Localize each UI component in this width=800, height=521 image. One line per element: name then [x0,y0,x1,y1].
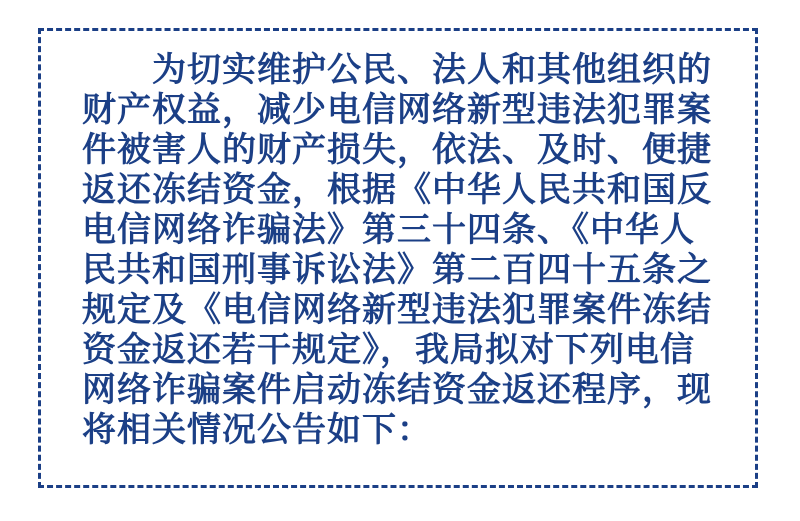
notice-line: 为切实维护公民、法人和其他组织的 [82,50,732,90]
notice-line: 财产权益，减少电信网络新型违法犯罪案 [82,90,732,130]
notice-line: 网络诈骗案件启动冻结资金返还程序，现 [82,370,732,410]
notice-line: 电信网络诈骗法》第三十四条、《中华人 [82,210,732,250]
notice-line: 件被害人的财产损失，依法、及时、便捷 [82,130,732,170]
notice-line: 规定及《电信网络新型违法犯罪案件冻结 [82,290,732,330]
notice-line: 民共和国刑事诉讼法》第二百四十五条之 [82,250,732,290]
notice-line: 资金返还若干规定》，我局拟对下列电信 [82,330,732,370]
notice-line: 返还冻结资金，根据《中华人民共和国反 [82,170,732,210]
notice-paragraph: 为切实维护公民、法人和其他组织的 财产权益，减少电信网络新型违法犯罪案 件被害人… [82,50,732,450]
notice-line: 将相关情况公告如下： [82,410,732,450]
